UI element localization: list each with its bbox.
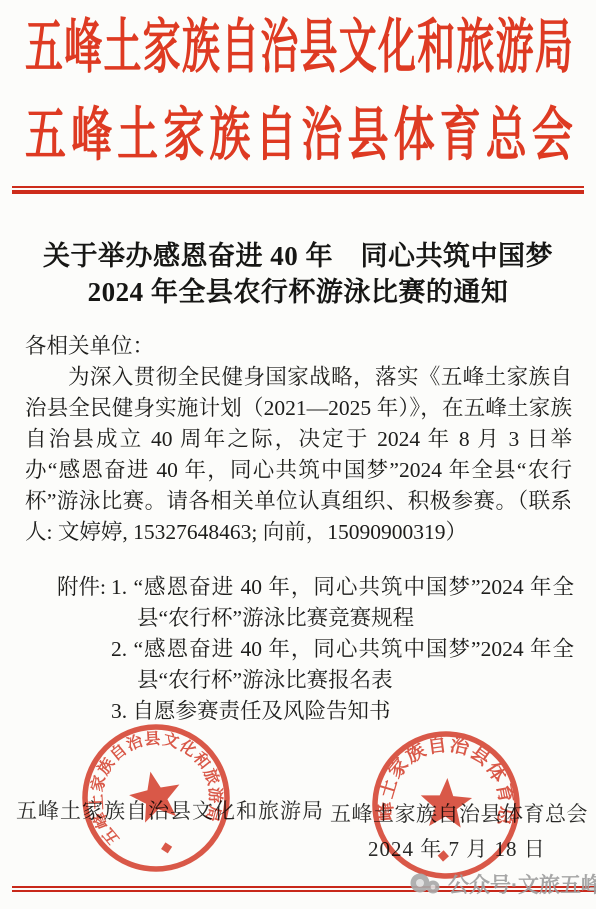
title-line1: 关于举办感恩奋进 40 年 同心共筑中国梦	[0, 238, 596, 274]
letterhead-line1: 五峰土家族自治县文化和旅游局	[25, 19, 573, 78]
attachments-block: 附件: 1. “感恩奋进 40 年，同心共筑中国梦”2024 年全县“农行杯”游…	[57, 572, 574, 727]
seal-diamond-mark	[161, 842, 172, 853]
document-body: 各相关单位： 为深入贯彻全民健身国家战略，落实《五峰土家族自治县全民健身实施计划…	[25, 331, 572, 548]
star-icon	[419, 777, 473, 828]
salutation: 各相关单位：	[25, 331, 572, 362]
header-divider	[12, 186, 584, 194]
letterhead-line2: 五峰土家族自治县体育总会	[25, 106, 573, 164]
title-line2: 2024 年全县农行杯游泳比赛的通知	[0, 274, 596, 310]
attachment-item-1: 1. “感恩奋进 40 年，同心共筑中国梦”2024 年全县“农行杯”游泳比赛竞…	[111, 572, 574, 634]
watermark: 公众号·文旅五峰	[408, 869, 596, 899]
attachments-list: 1. “感恩奋进 40 年，同心共筑中国梦”2024 年全县“农行杯”游泳比赛竞…	[111, 572, 574, 727]
body-paragraph: 为深入贯彻全民健身国家战略，落实《五峰土家族自治县全民健身实施计划（2021—2…	[25, 362, 572, 548]
document-page: 五峰土家族自治县文化和旅游局 五峰土家族自治县体育总会 关于举办感恩奋进 40 …	[0, 0, 596, 909]
official-seal-sports-federation: 五峰土家族自治县体育总会	[357, 716, 536, 895]
camera-logo-icon	[408, 871, 444, 897]
attachments-label: 附件:	[57, 572, 106, 727]
watermark-text: 公众号·文旅五峰	[448, 869, 596, 899]
document-title: 关于举办感恩奋进 40 年 同心共筑中国梦 2024 年全县农行杯游泳比赛的通知	[0, 238, 596, 310]
star-icon	[125, 766, 185, 824]
official-seal-culture-tourism-bureau: 五峰土家族自治县文化和旅游局	[55, 697, 257, 899]
attachment-item-2: 2. “感恩奋进 40 年，同心共筑中国梦”2024 年全县“农行杯”游泳比赛报…	[111, 634, 574, 696]
seal-diamond-mark	[438, 850, 449, 861]
